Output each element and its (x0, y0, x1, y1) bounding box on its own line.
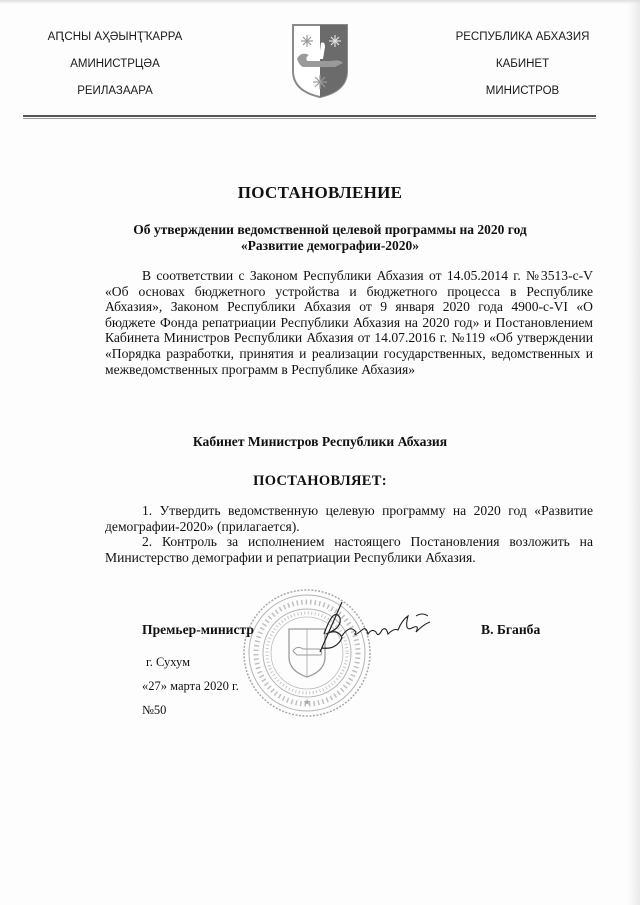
signature-icon (312, 598, 434, 658)
subtitle-line-2: «Развитие демографии-2020» (100, 238, 560, 254)
document-page: АԤСНЫ АҲӘЫНҬҠАРРА АМИНИСТРЦӘА РЕИЛАЗААРА… (0, 0, 640, 905)
header-divider (23, 115, 596, 117)
scan-shadow-top (0, 0, 640, 4)
header-right-russian: РЕСПУБЛИКА АБХАЗИЯ КАБИНЕТ МИНИСТРОВ (435, 30, 610, 111)
resolution-item-2: 2. Контроль за исполнением настоящего По… (105, 534, 593, 565)
signatory-position: Премьер-министр (142, 622, 254, 638)
document-title: ПОСТАНОВЛЕНИЕ (0, 183, 640, 203)
preamble-paragraph: В соответствии с Законом Республики Абха… (105, 268, 593, 377)
coat-of-arms-icon (291, 23, 349, 99)
header-divider-thin (23, 118, 596, 119)
resolution-item-1: 1. Утвердить ведомственную целевую прогр… (105, 503, 593, 534)
header-right-line-3: МИНИСТРОВ (435, 84, 610, 111)
resolves-heading: ПОСТАНОВЛЯЕТ: (0, 473, 640, 490)
header-left-abkhaz: АԤСНЫ АҲӘЫНҬҠАРРА АМИНИСТРЦӘА РЕИЛАЗААРА (30, 30, 200, 111)
header-right-line-2: КАБИНЕТ (435, 57, 610, 84)
scan-shadow-edge (628, 0, 640, 905)
header-right-line-1: РЕСПУБЛИКА АБХАЗИЯ (435, 30, 610, 57)
issue-place: г. Сухум (146, 655, 190, 670)
signatory-name: В. Бганба (481, 622, 540, 638)
resolution-items: 1. Утвердить ведомственную целевую прогр… (105, 503, 593, 565)
issue-date: «27» марта 2020 г. (142, 679, 239, 694)
document-number: №50 (142, 703, 166, 718)
subtitle-line-1: Об утверждении ведомственной целевой про… (100, 222, 560, 238)
header-left-line-3: РЕИЛАЗААРА (30, 84, 200, 111)
svg-text:★: ★ (303, 697, 311, 707)
header-left-line-2: АМИНИСТРЦӘА (30, 57, 200, 84)
preamble-text: В соответствии с Законом Республики Абха… (105, 268, 593, 377)
header-left-line-1: АԤСНЫ АҲӘЫНҬҠАРРА (30, 30, 200, 57)
issuer-heading: Кабинет Министров Республики Абхазия (0, 434, 640, 450)
document-subtitle: Об утверждении ведомственной целевой про… (100, 222, 560, 254)
